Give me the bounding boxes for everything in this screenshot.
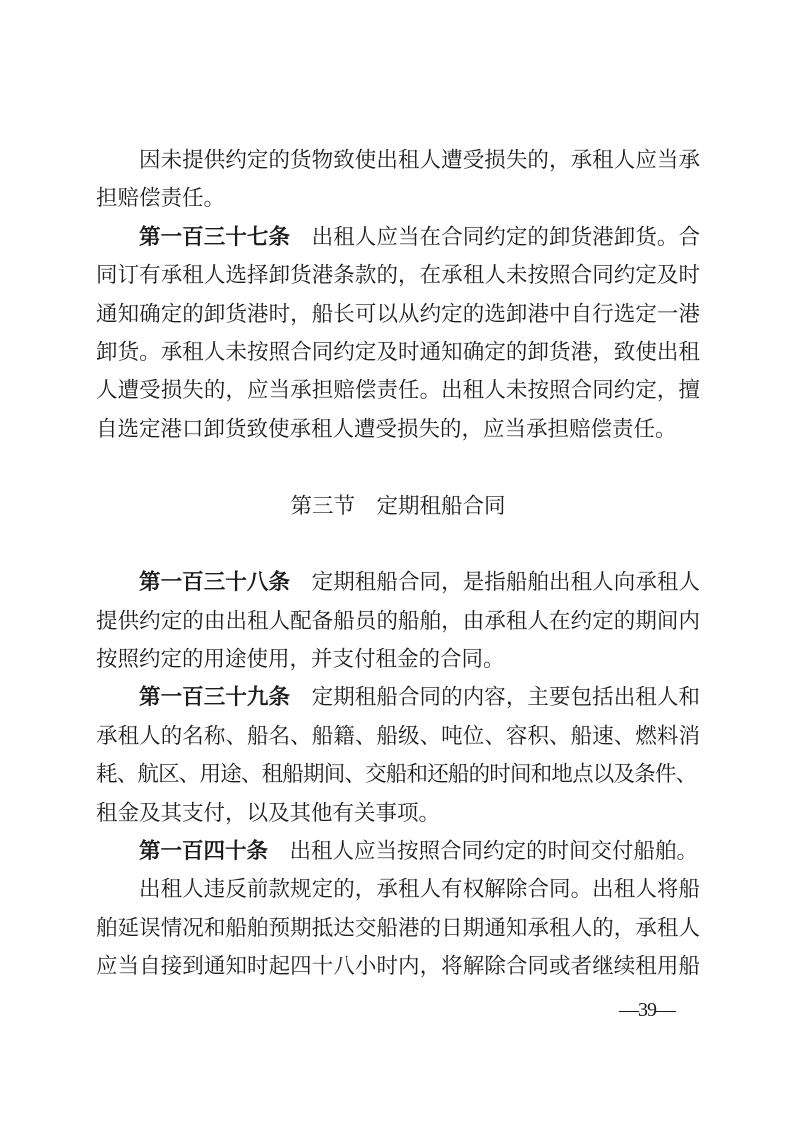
article-number: 第一百四十条	[139, 839, 268, 863]
text-line: 承租人的名称、船名、船籍、船级、吨位、容积、船速、燃料消	[96, 717, 700, 755]
text-line: 舶延误情况和船舶预期抵达交船港的日期通知承租人的，承租人	[96, 909, 700, 947]
article-number: 第一百三十九条	[139, 685, 290, 709]
text-line: 同订有承租人选择卸货港条款的，在承租人未按照合同约定及时	[96, 256, 700, 294]
text-line: 自选定港口卸货致使承租人遭受损失的，应当承担赔偿责任。	[96, 410, 700, 448]
text-block: 因未提供约定的货物致使出租人遭受损失的，承租人应当承担赔偿责任。第一百三十七条 …	[96, 141, 700, 986]
text-line: 因未提供约定的货物致使出租人遭受损失的，承租人应当承	[96, 141, 700, 179]
article-number: 第一百三十七条	[139, 225, 290, 249]
text-line: 租金及其支付，以及其他有关事项。	[96, 794, 700, 832]
text-line: 卸货。承租人未按照合同约定及时通知确定的卸货港，致使出租	[96, 333, 700, 371]
text-line: 担赔偿责任。	[96, 179, 700, 217]
text-line: 提供约定的由出租人配备船员的船舶，由承租人在约定的期间内	[96, 602, 700, 640]
text-line: 第一百三十七条 出租人应当在合同约定的卸货港卸货。合	[96, 218, 700, 256]
section-heading: 第三节 定期租船合同	[96, 487, 700, 525]
text-line: 按照约定的用途使用，并支付租金的合同。	[96, 640, 700, 678]
page-number: —39—	[619, 993, 675, 1027]
text-line: 第一百四十条 出租人应当按照合同约定的时间交付船舶。	[96, 832, 700, 870]
text-line: 出租人违反前款规定的，承租人有权解除合同。出租人将船	[96, 870, 700, 908]
article-number: 第一百三十八条	[139, 570, 290, 594]
text-line: 通知确定的卸货港时，船长可以从约定的选卸港中自行选定一港	[96, 295, 700, 333]
text-line: 耗、航区、用途、租船期间、交船和还船的时间和地点以及条件、	[96, 755, 700, 793]
text-line	[96, 525, 700, 563]
text-line	[96, 448, 700, 486]
text-line: 人遭受损失的，应当承担赔偿责任。出租人未按照合同约定，擅	[96, 371, 700, 409]
text-line: 应当自接到通知时起四十八小时内，将解除合同或者继续租用船	[96, 947, 700, 985]
document-page: 因未提供约定的货物致使出租人遭受损失的，承租人应当承担赔偿责任。第一百三十七条 …	[0, 0, 793, 1122]
text-line: 第一百三十八条 定期租船合同，是指船舶出租人向承租人	[96, 563, 700, 601]
text-line: 第一百三十九条 定期租船合同的内容，主要包括出租人和	[96, 678, 700, 716]
